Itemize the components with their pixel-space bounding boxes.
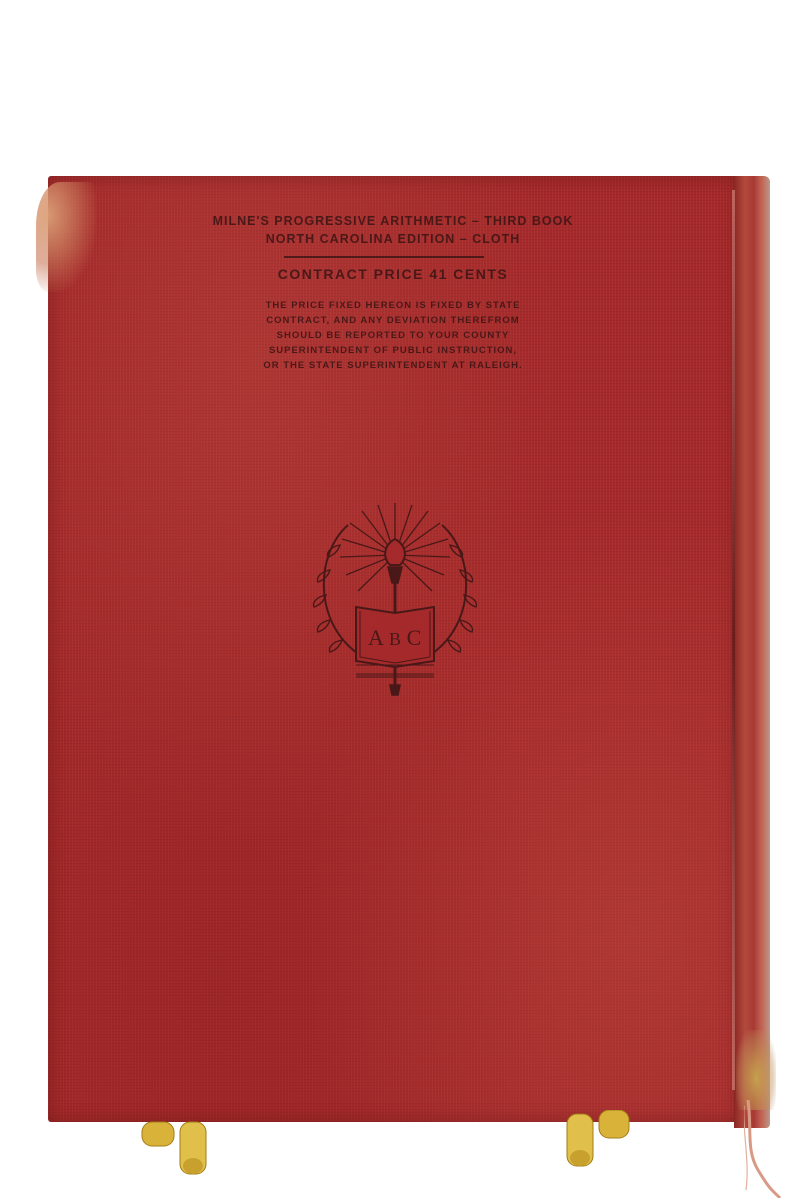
spine-wear	[736, 1030, 776, 1110]
book-letter-b: B	[389, 629, 401, 649]
loose-thread-icon	[744, 1100, 784, 1198]
notice-line: CONTRACT, AND ANY DEVIATION THEREFROM	[48, 313, 738, 328]
contract-price: CONTRACT PRICE 41 CENTS	[48, 266, 738, 282]
notice-line: SUPERINTENDENT OF PUBLIC INSTRUCTION,	[48, 343, 738, 358]
book-letter-a: A	[368, 625, 384, 650]
notice-line: SHOULD BE REPORTED TO YOUR COUNTY	[48, 328, 738, 343]
title-divider	[284, 256, 484, 258]
display-stand-left-icon	[140, 1118, 215, 1178]
book-spine	[734, 176, 770, 1128]
price-notice: THE PRICE FIXED HEREON IS FIXED BY STATE…	[48, 298, 738, 373]
notice-line: THE PRICE FIXED HEREON IS FIXED BY STATE	[48, 298, 738, 313]
cover-title-line-1: MILNE'S PROGRESSIVE ARITHMETIC – THIRD B…	[48, 214, 738, 228]
display-stand-right-icon	[565, 1110, 635, 1170]
torch-book-wreath-emblem-icon: A B C	[300, 495, 490, 705]
notice-line: OR THE STATE SUPERINTENDENT AT RALEIGH.	[48, 358, 738, 373]
book-photo: MILNE'S PROGRESSIVE ARITHMETIC – THIRD B…	[0, 0, 800, 1198]
cover-title-line-2: NORTH CAROLINA EDITION – CLOTH	[48, 232, 738, 246]
book-letter-c: C	[407, 625, 422, 650]
